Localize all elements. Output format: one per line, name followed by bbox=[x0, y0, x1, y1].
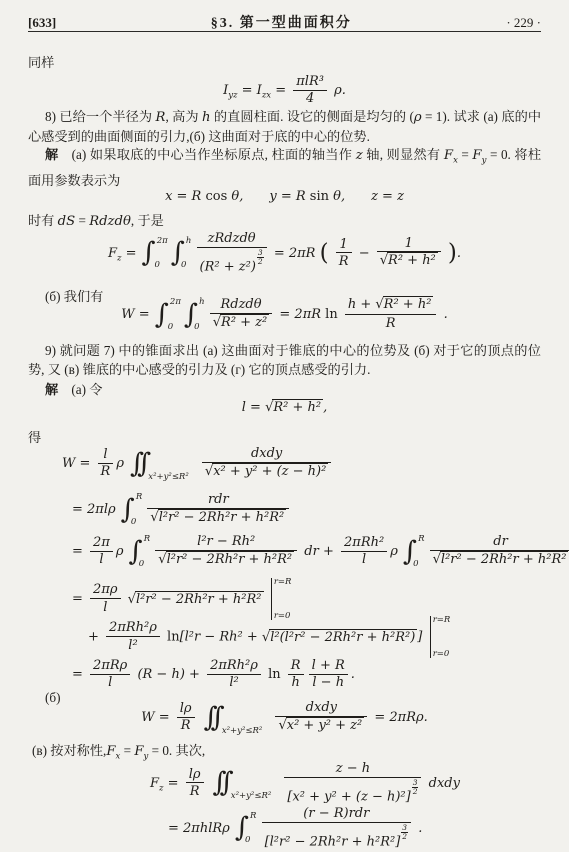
running-header: [633] §3. 第一型曲面积分 · 229 · bbox=[28, 12, 541, 32]
fraction: 2πRh²ρl² bbox=[207, 658, 261, 691]
f1-lhs: Iyz = Izx = bbox=[223, 83, 286, 98]
header-rule bbox=[28, 31, 541, 32]
evaluation-bar: r=Rr=0 bbox=[271, 578, 292, 620]
fraction: Rdzdθ √R² + z² bbox=[210, 297, 273, 332]
para-problem-9: 9) 就问题 7) 中的锥面求出 (a) 这曲面对于锥底的中心的位势及 (б) … bbox=[28, 341, 541, 379]
sqrt: √R² + h² bbox=[265, 401, 323, 416]
fraction: 2πRh²l bbox=[341, 535, 387, 568]
fraction: rdr √l²r² − 2Rh²r + h²R² bbox=[147, 492, 289, 527]
double-integral: ∫∫x²+y²≤R² bbox=[204, 703, 267, 733]
f4-lhs: Fz = bbox=[108, 246, 137, 261]
formula-W-cone-line2: = 2πlρ ∫R0 rdr √l²r² − 2Rh²r + h²R² bbox=[72, 492, 292, 527]
sqrt: √l²r² − 2Rh²r + h²R² bbox=[158, 553, 294, 568]
formula-Fz-cone-line2: = 2πhlRρ ∫R0 (r − R)rdr [l²r² − 2Rh²r + … bbox=[168, 806, 422, 851]
sqrt: √R² + h² bbox=[375, 298, 433, 313]
fraction: zRdzdθ (R² + z²)32 bbox=[197, 231, 267, 276]
integral: ∫2π0 bbox=[155, 298, 178, 331]
integral: ∫R0 bbox=[403, 535, 421, 568]
integral: ∫R0 bbox=[235, 812, 253, 845]
integral: ∫h0 bbox=[171, 237, 189, 270]
fraction: z − h [x² + y² + (z − h)²]32 bbox=[284, 761, 421, 806]
sqrt: √R² + z² bbox=[213, 316, 270, 331]
formula-W-cone-line4: = 2πρl √l²r² − 2Rh²r + h²R² r=Rr=0 bbox=[72, 578, 291, 620]
formula-Fz-cone-line1: Fz = lρR ∫∫x²+y²≤R² z − h [x² + y² + (z … bbox=[150, 761, 460, 806]
f1-tail: ρ. bbox=[334, 83, 346, 98]
formula-l-def: l = √R² + h², bbox=[0, 400, 569, 416]
formula-parametrization: x = R cos θ, y = R sin θ, z = z bbox=[0, 189, 569, 204]
fraction: lρR bbox=[186, 767, 204, 800]
sqrt: √x² + y² + z² bbox=[278, 719, 364, 734]
sqrt: √R² + h² bbox=[380, 254, 438, 269]
para-problem-8: 8) 已给一个半径为 R, 高为 h 的直圆柱面. 设它的侧面是均匀的 (ρ =… bbox=[28, 107, 541, 146]
f2-body: x = R cos θ, y = R sin θ, z = z bbox=[165, 189, 404, 204]
evaluation-bar: r=Rr=0 bbox=[430, 616, 451, 658]
sqrt: √x² + y² + (z − h)² bbox=[205, 465, 328, 480]
fraction: (r − R)rdr [l²r² − 2Rh²r + h²R²]32 bbox=[262, 806, 411, 851]
integral: ∫2π0 bbox=[142, 237, 165, 270]
formula-W-cone-line5: + 2πRh²ρl² ln[l²r − Rh² + √l²(l²r² − 2Rh… bbox=[88, 616, 450, 658]
fraction: 2πρl bbox=[90, 582, 120, 615]
double-integral: ∫∫x²+y²≤R² bbox=[130, 449, 193, 479]
fraction: πlR³4 bbox=[293, 74, 327, 107]
fraction: l²r − Rh² √l²r² − 2Rh²r + h²R² bbox=[155, 534, 297, 569]
f5-mid: = 2πR ln bbox=[279, 307, 337, 322]
fraction: 1 √R² + h² bbox=[377, 236, 441, 271]
fraction: l + Rl − h bbox=[309, 658, 348, 691]
sqrt: √l²(l²r² − 2Rh²r + h²R²) bbox=[262, 631, 417, 646]
formula-W-cone-line3: = 2πlρ ∫R0 l²r − Rh² √l²r² − 2Rh²r + h²R… bbox=[72, 534, 569, 569]
fraction: dxdy √x² + y² + (z − h)² bbox=[202, 446, 331, 481]
page-number: · 229 · bbox=[506, 15, 541, 31]
formula-moment-of-inertia: Iyz = Izx = πlR³4 ρ. bbox=[0, 74, 569, 107]
para-solution-9a: 解 (a) 令 bbox=[28, 380, 541, 399]
section-title: §3. 第一型曲面积分 bbox=[211, 12, 352, 32]
fraction: dr √l²r² − 2Rh²r + h²R² bbox=[430, 534, 569, 569]
fraction: lR bbox=[98, 447, 114, 480]
integral: ∫R0 bbox=[129, 535, 147, 568]
textbook-page: [633] §3. 第一型曲面积分 · 229 · 同样 Iyz = Izx =… bbox=[0, 0, 569, 852]
formula-W-cone-line1: W = lRρ ∫∫x²+y²≤R² dxdy √x² + y² + (z − … bbox=[62, 446, 334, 481]
folio-marker: [633] bbox=[28, 15, 56, 31]
para-solution-8a: 解 (a) 如果取底的中心当作坐标原点, 柱面的轴当作 z 轴, 则显然有 Fx… bbox=[28, 145, 541, 190]
fraction: dxdy √x² + y² + z² bbox=[275, 700, 367, 735]
f5-lhs: W = bbox=[121, 307, 149, 322]
formula-W-cylinder: W = ∫2π0 ∫h0 Rdzdθ √R² + z² = 2πR ln h +… bbox=[0, 297, 569, 332]
integral: ∫R0 bbox=[121, 493, 139, 526]
formula-W-apex: W = lρR ∫∫x²+y²≤R² dxdy √x² + y² + z² = … bbox=[0, 700, 569, 735]
f4-mid: = 2πR bbox=[274, 246, 316, 261]
fraction: 2πRρl bbox=[90, 658, 130, 691]
fraction: 2πRh²ρl² bbox=[106, 620, 160, 653]
integral: ∫h0 bbox=[184, 298, 202, 331]
right-paren: ) bbox=[448, 240, 457, 266]
fraction: h + √R² + h² R bbox=[345, 297, 437, 332]
minus-sign: − bbox=[359, 246, 370, 261]
para-de: 得 bbox=[28, 428, 541, 447]
formula-Fz-cylinder: Fz = ∫2π0 ∫h0 zRdzdθ (R² + z²)32 = 2πR (… bbox=[0, 231, 569, 276]
sqrt: √l²r² − 2Rh²r + h²R² bbox=[433, 553, 569, 568]
sqrt: √l²r² − 2Rh²r + h²R² bbox=[150, 511, 286, 526]
para-ds: 时有 dS = Rdzdθ, 于是 bbox=[28, 211, 541, 231]
formula-W-cone-line6: = 2πRρl (R − h) + 2πRh²ρl² ln Rh l + Rl … bbox=[72, 658, 355, 691]
fraction: lρR bbox=[177, 701, 195, 734]
sqrt: √l²r² − 2Rh²r + h²R² bbox=[128, 593, 264, 608]
double-integral: ∫∫x²+y²≤R² bbox=[213, 768, 276, 798]
left-paren: ( bbox=[320, 240, 329, 266]
para-tongyang: 同样 bbox=[28, 53, 541, 72]
fraction: Rh bbox=[288, 658, 304, 691]
fraction: 2πl bbox=[90, 535, 113, 568]
fraction: 1R bbox=[336, 237, 352, 270]
